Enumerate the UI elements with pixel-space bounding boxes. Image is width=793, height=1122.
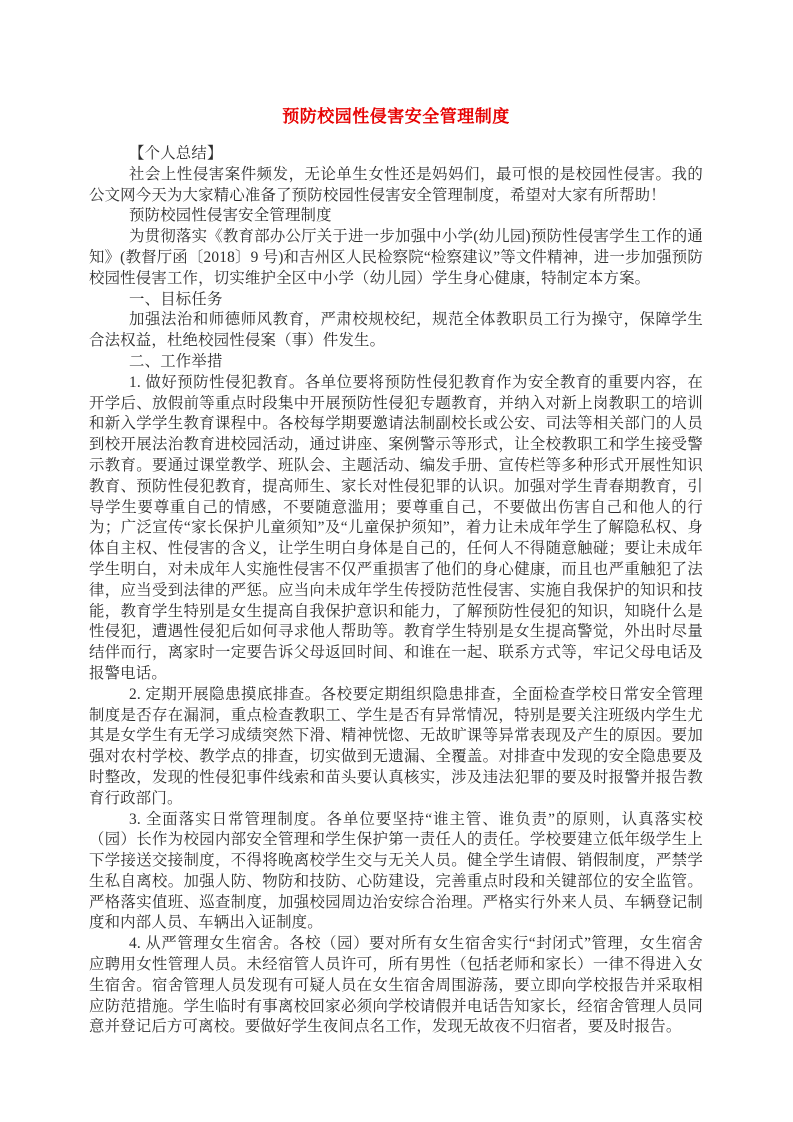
paragraph: 2. 定期开展隐患摸底排查。各校要定期组织隐患排查，全面检查学校日常安全管理制度… (89, 685, 703, 810)
paragraph: 3. 全面落实日常管理制度。各单位要坚持“谁主管、谁负责”的原则，认真落实校（园… (89, 810, 703, 935)
paragraph: 加强法治和师德师风教育，严肃校规校纪，规范全体教职员工行为操守，保障学生合法权益… (89, 310, 703, 352)
paragraph: 预防校园性侵害安全管理制度 (89, 206, 703, 227)
paragraph: 4. 从严管理女生宿舍。各校（园）要对所有女生宿舍实行“封闭式”管理，女生宿舍应… (89, 934, 703, 1038)
document-page: 预防校园性侵害安全管理制度 【个人总结】社会上性侵害案件频发，无论单生女性还是妈… (0, 0, 793, 1122)
paragraph: 二、工作举措 (89, 352, 703, 373)
paragraph: 社会上性侵害案件频发，无论单生女性还是妈妈们，最可恨的是校园性侵害。我的公文网今… (89, 165, 703, 207)
paragraph: 【个人总结】 (89, 144, 703, 165)
document-title: 预防校园性侵害安全管理制度 (89, 106, 703, 127)
paragraph: 1. 做好预防性侵犯教育。各单位要将预防性侵犯教育作为安全教育的重要内容，在开学… (89, 373, 703, 685)
paragraph: 为贯彻落实《教育部办公厅关于进一步加强中小学(幼儿园)预防性侵害学生工作的通知》… (89, 227, 703, 289)
document-body: 【个人总结】社会上性侵害案件频发，无论单生女性还是妈妈们，最可恨的是校园性侵害。… (89, 144, 703, 1038)
paragraph: 一、目标任务 (89, 290, 703, 311)
